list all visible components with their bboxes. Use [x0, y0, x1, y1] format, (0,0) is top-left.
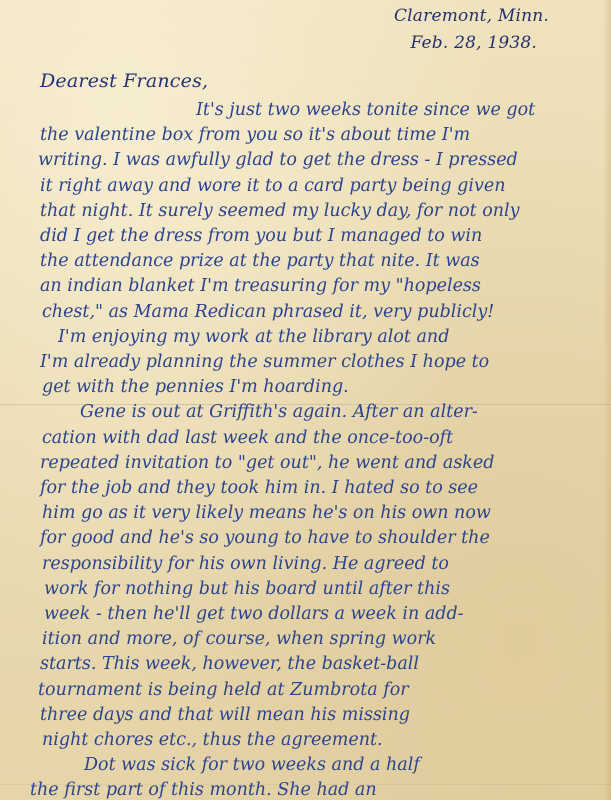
letter-line: the attendance prize at the party that n…: [40, 251, 480, 271]
letter-line: that night. It surely seemed my lucky da…: [40, 201, 520, 221]
letter-line: week - then he'll get two dollars a week…: [44, 604, 464, 624]
letter-line: three days and that will mean his missin…: [40, 705, 410, 725]
letter-line: I'm already planning the summer clothes …: [40, 352, 489, 372]
letter-place: Claremont, Minn.: [394, 6, 549, 26]
letter-line: work for nothing but his board until aft…: [44, 579, 450, 599]
letter-line: night chores etc., thus the agreement.: [42, 730, 383, 750]
letter-line: Dot was sick for two weeks and a half: [84, 755, 420, 775]
letter-line: the first part of this month. She had an: [30, 780, 377, 800]
letter-line: for good and he's so young to have to sh…: [40, 528, 490, 548]
letter-line: ition and more, of course, when spring w…: [42, 629, 436, 649]
letter-line: get with the pennies I'm hoarding.: [42, 377, 349, 397]
letter-line: tournament is being held at Zumbrota for: [38, 680, 409, 700]
letter-line: an indian blanket I'm treasuring for my …: [40, 276, 481, 296]
letter-line: did I get the dress from you but I manag…: [40, 226, 482, 246]
letter-line: I'm enjoying my work at the library alot…: [58, 327, 449, 347]
letter-line: repeated invitation to "get out", he wen…: [40, 453, 494, 473]
letter-line: him go as it very likely means he's on h…: [42, 503, 491, 523]
letter-line: starts. This week, however, the basket-b…: [40, 654, 419, 674]
letter-line: the valentine box from you so it's about…: [40, 125, 470, 145]
letter-line: it right away and wore it to a card part…: [40, 176, 505, 196]
letter-salutation: Dearest Frances,: [40, 70, 208, 92]
letter-line: It's just two weeks tonite since we got: [196, 100, 535, 120]
letter-line: responsibility for his own living. He ag…: [42, 554, 449, 574]
letter-line: writing. I was awfully glad to get the d…: [38, 150, 518, 170]
letter-line: cation with dad last week and the once-t…: [42, 428, 453, 448]
letter-line: for the job and they took him in. I hate…: [40, 478, 478, 498]
letter-line: Gene is out at Griffith's again. After a…: [80, 402, 478, 422]
paper-edge-shadow: [603, 0, 611, 800]
letter-date: Feb. 28, 1938.: [410, 33, 537, 53]
letter-line: chest," as Mama Redican phrased it, very…: [42, 302, 494, 322]
letter-page: Claremont, Minn. Feb. 28, 1938. Dearest …: [0, 0, 611, 800]
